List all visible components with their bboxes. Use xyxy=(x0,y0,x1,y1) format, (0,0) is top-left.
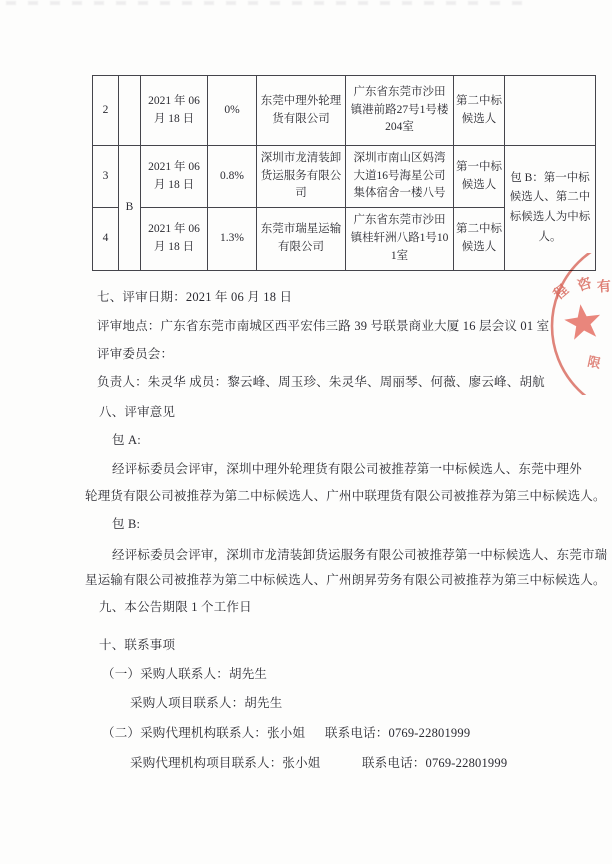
committee-members-line: 负责人：朱灵华 成员：黎云峰、周玉珍、朱灵华、周丽琴、何薇、廖云峰、胡航 xyxy=(97,372,545,390)
cell-address: 广东省东莞市沙田镇港前路27号1号楼204室 xyxy=(346,76,454,146)
section-10-heading: 十、联系事项 xyxy=(99,635,175,653)
cell-seq: 2 xyxy=(93,76,119,146)
cell-rank: 第一中标候选人 xyxy=(454,146,505,208)
package-a-label: 包 A: xyxy=(112,430,141,448)
cell-note: 包 B：第一中标候选人、第二中标候选人为中标人。 xyxy=(505,146,596,271)
cell-seq: 4 xyxy=(93,208,119,271)
page-top-cutoff-artifact xyxy=(6,1,526,5)
package-b-label: 包 B: xyxy=(112,514,140,532)
agency-project-phone: 联系电话：0769-22801999 xyxy=(362,753,507,771)
cell-rate: 1.3% xyxy=(208,208,257,271)
cell-package: B xyxy=(119,146,141,271)
cell-rate: 0.8% xyxy=(208,146,257,208)
seal-arc-char: 咨 xyxy=(575,274,594,294)
package-b-opinion-line2: 星运输有限公司被推荐为第二中标候选人、广州朗昇劳务有限公司被推荐为第三中标候选人… xyxy=(85,570,606,588)
review-date-line: 七、评审日期：2021 年 06 月 18 日 xyxy=(97,287,292,305)
buyer-contact-line: （一）采购人联系人：胡先生 xyxy=(102,664,267,682)
agency-contact-line: （二）采购代理机构联系人：张小姐 xyxy=(102,723,305,741)
review-place-line: 评审地点：广东省东莞市南城区西平宏伟三路 39 号联景商业大厦 16 层会议 0… xyxy=(97,316,549,334)
cell-date: 2021 年 06 月 18 日 xyxy=(141,146,208,208)
cell-seq: 3 xyxy=(93,146,119,208)
agency-project-contact-line: 采购代理机构项目联系人：张小姐 xyxy=(130,753,321,771)
cell-company: 东莞市瑞星运输有限公司 xyxy=(257,208,346,271)
package-a-opinion-line1: 经评标委员会评审，深圳中理外轮理货有限公司被推荐第一中标候选人、东莞中理外 xyxy=(112,459,582,477)
section-8-heading: 八、评审意见 xyxy=(99,402,175,420)
section-9-notice-period: 九、本公告期限 1 个工作日 xyxy=(99,597,252,615)
seal-arc-char: 有 xyxy=(596,277,611,295)
seal-star-icon xyxy=(564,304,600,340)
cell-rate: 0% xyxy=(208,76,257,146)
document-page: 2 2021 年 06 月 18 日 0% 东莞中理外轮理货有限公司 广东省东莞… xyxy=(0,0,612,864)
cell-company: 东莞中理外轮理货有限公司 xyxy=(257,76,346,146)
cell-date: 2021 年 06 月 18 日 xyxy=(141,208,208,271)
cell-company: 深圳市龙清装卸货运服务有限公司 xyxy=(257,146,346,208)
cell-package xyxy=(119,76,141,146)
bid-candidates-table: 2 2021 年 06 月 18 日 0% 东莞中理外轮理货有限公司 广东省东莞… xyxy=(92,75,596,271)
seal-arc-char: 程 xyxy=(550,281,572,303)
seal-inner-char: 限 xyxy=(586,354,602,371)
cell-date: 2021 年 06 月 18 日 xyxy=(141,76,208,146)
cell-address: 深圳市南山区妈湾大道16号海星公司集体宿舍一楼八号 xyxy=(346,146,454,208)
table-row: 2 2021 年 06 月 18 日 0% 东莞中理外轮理货有限公司 广东省东莞… xyxy=(93,76,596,146)
agency-contact-phone: 联系电话：0769-22801999 xyxy=(325,723,470,741)
seal-circle xyxy=(552,253,612,395)
committee-heading: 评审委员会： xyxy=(97,344,173,362)
cell-rank: 第二中标候选人 xyxy=(454,76,505,146)
cell-note xyxy=(505,76,596,146)
buyer-project-contact-line: 采购人项目联系人：胡先生 xyxy=(130,693,282,711)
package-a-opinion-line2: 轮理货有限公司被推荐为第二中标候选人、广州中联理货有限公司被推荐为第三中标候选人… xyxy=(85,486,606,504)
cell-rank: 第二中标候选人 xyxy=(454,208,505,271)
cell-address: 广东省东莞市沙田镇桂轩洲八路1号101室 xyxy=(346,208,454,271)
table-row: 3 B 2021 年 06 月 18 日 0.8% 深圳市龙清装卸货运服务有限公… xyxy=(93,146,596,208)
package-b-opinion-line1: 经评标委员会评审，深圳市龙清装卸货运服务有限公司被推荐第一中标候选人、东莞市瑞 xyxy=(112,545,607,563)
